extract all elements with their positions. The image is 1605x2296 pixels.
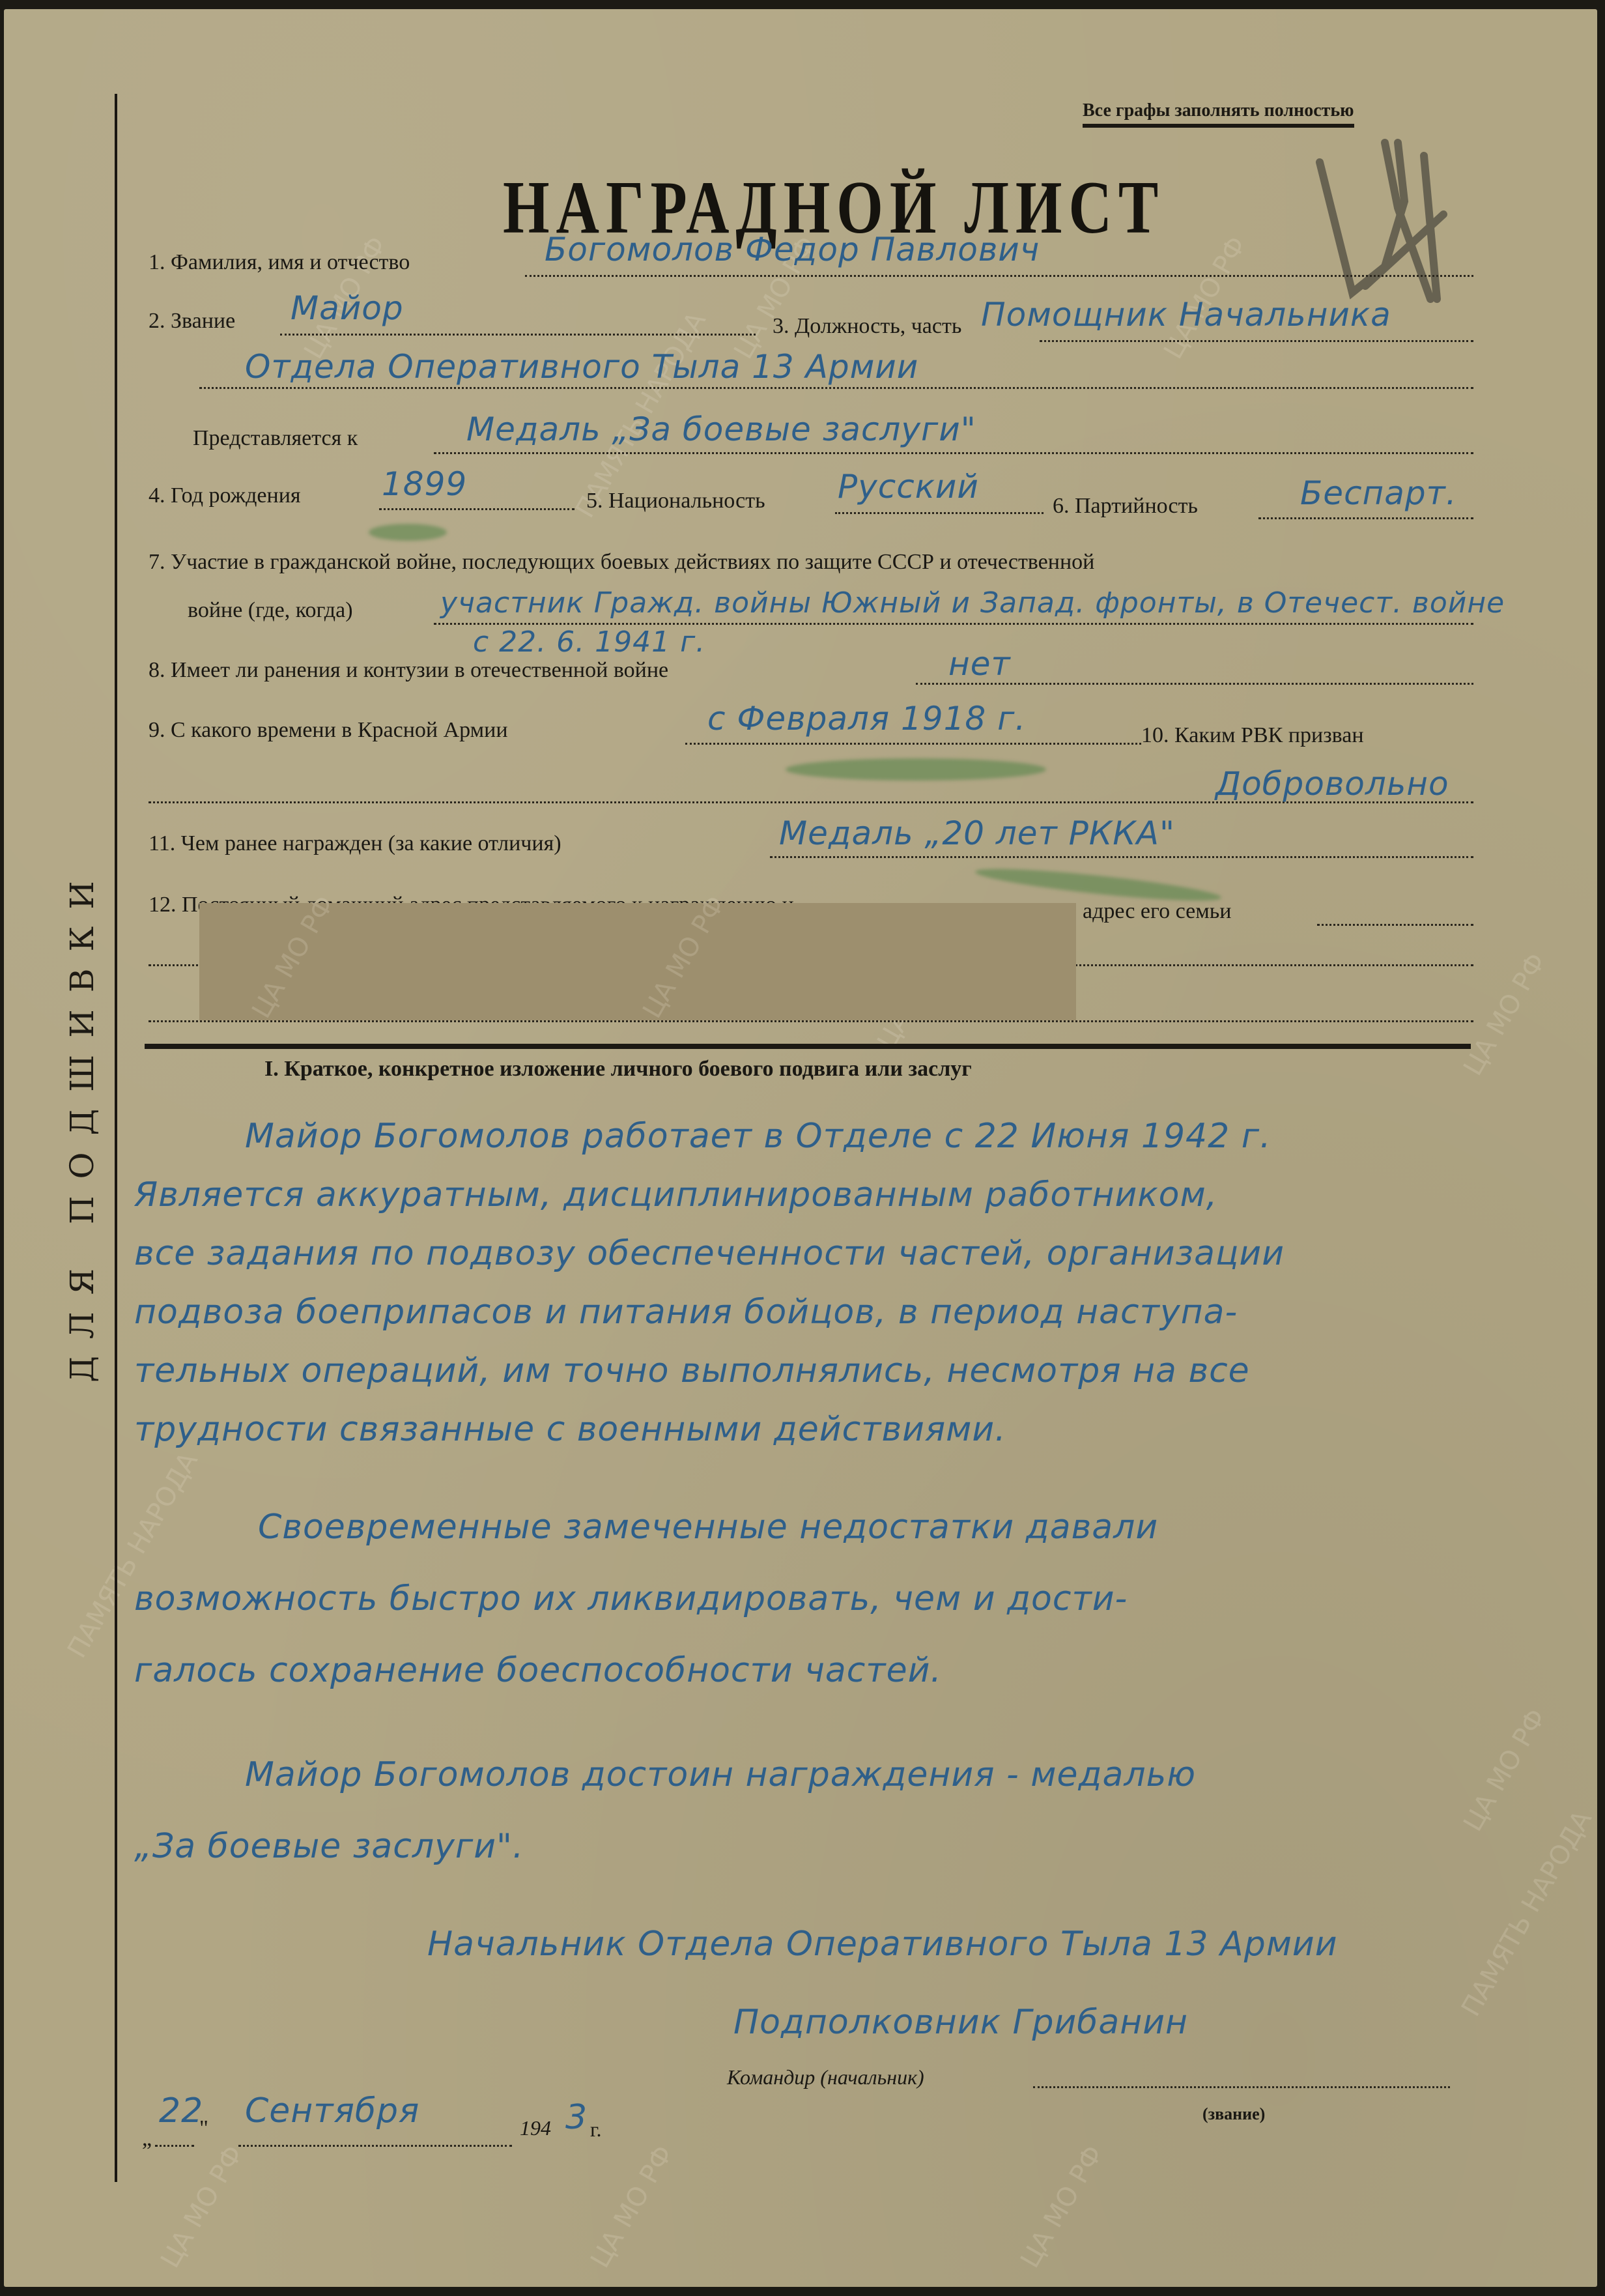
- field-position-line: [1040, 340, 1473, 342]
- narrative-line: Является аккуратным, дисциплинированным …: [134, 1175, 1217, 1214]
- field-wounds-line: [916, 683, 1473, 685]
- date-quote-close: ": [199, 2116, 208, 2141]
- narrative-line: Майор Богомолов достоин награждения - ме…: [245, 1755, 1196, 1794]
- field-party-value: Беспарт.: [1300, 474, 1457, 512]
- narrative-line: тельных операций, им точно выполнялись, …: [134, 1351, 1250, 1390]
- date-year-suffix: 3: [565, 2098, 588, 2137]
- green-pencil-underline: [786, 758, 1046, 781]
- field-army-since-label: 9. С какого времени в Красной Армии: [149, 718, 508, 743]
- section-divider: [145, 1044, 1471, 1049]
- field-prior-awards-value: Медаль „20 лет РККА": [779, 814, 1175, 852]
- nomination-line: [434, 452, 1473, 454]
- field-party-label: 6. Партийность: [1053, 494, 1198, 519]
- redacted-address-block: ЦА МО РФ ЦА МО РФ: [199, 903, 1076, 1020]
- field-address-line-3: [149, 1020, 1473, 1022]
- watermark: ЦА МО РФ: [585, 2140, 679, 2273]
- pencil-signature-mark: [1307, 136, 1470, 306]
- narrative-line: „За боевые заслуги".: [134, 1827, 524, 1866]
- date-day: 22: [159, 2091, 203, 2131]
- narrative-line: Своевременные замеченные недостатки дава…: [258, 1508, 1158, 1547]
- section1-heading: I. Краткое, конкретное изложение личного…: [264, 1057, 972, 1082]
- field-nationality-label: 5. Национальность: [586, 489, 765, 513]
- field-rank-value: Майор: [291, 289, 404, 327]
- signer-position: Начальник Отдела Оперативного Тыла 13 Ар…: [427, 1925, 1338, 1964]
- watermark: ЦА МО РФ: [155, 2140, 249, 2273]
- date-month-line: [238, 2145, 512, 2147]
- field-prior-awards-label: 11. Чем ранее награжден (за какие отличи…: [149, 831, 561, 856]
- narrative-line: подвоза боеприпасов и питания бойцов, в …: [134, 1293, 1238, 1332]
- field-war-participation-label: 7. Участие в гражданской войне, последую…: [149, 550, 1094, 575]
- watermark-pamyat: ПАМЯТЬ НАРОДА: [62, 1447, 204, 1663]
- field-position-line-2: [199, 387, 1473, 389]
- field-conscription-value: Добровольно: [1215, 765, 1449, 803]
- field-army-since-line: [685, 743, 1141, 745]
- field-address-line: [1317, 924, 1473, 926]
- field-army-since-value: с Февраля 1918 г.: [707, 700, 1026, 738]
- date-month: Сентября: [245, 2091, 419, 2131]
- narrative-line: все задания по подвозу обеспеченности ча…: [134, 1234, 1285, 1273]
- field-position-value-line2: Отдела Оперативного Тыла 13 Армии: [245, 348, 918, 386]
- field-position-value: Помощник Начальника: [981, 296, 1391, 334]
- field-wounds-label: 8. Имеет ли ранения и контузии в отечест…: [149, 658, 668, 683]
- field-nationality-line: [835, 512, 1044, 514]
- commander-line: [1033, 2086, 1450, 2088]
- field-birth-year-value: 1899: [382, 465, 467, 503]
- field-birth-year-line: [379, 508, 575, 510]
- commander-label: Командир (начальник): [727, 2065, 924, 2089]
- green-pencil-underline: [369, 524, 447, 541]
- field-rank-line: [280, 334, 756, 336]
- date-year-prefix: 194: [520, 2116, 551, 2140]
- rank-caption: (звание): [1202, 2104, 1265, 2124]
- watermark: ЦА МО РФ: [1015, 2140, 1109, 2273]
- field-conscription-label: 10. Каким РВК призван: [1141, 723, 1364, 748]
- nomination-value: Медаль „За боевые заслуги": [466, 410, 976, 448]
- field-war-participation-label-2: войне (где, когда): [188, 598, 353, 623]
- narrative-line: галось сохранение боеспособности частей.: [134, 1651, 942, 1690]
- field-address-label-end: адрес его семьи: [1083, 899, 1231, 924]
- signer-rank-name: Подполковник Грибанин: [733, 2003, 1188, 2042]
- date-year-g: г.: [590, 2117, 602, 2142]
- fill-all-fields-note: Все графы заполнять полностью: [1083, 100, 1354, 128]
- nomination-label: Представляется к: [193, 426, 358, 451]
- award-sheet: ЦА МО РФ ЦА МО РФ ЦА МО РФ ЦА МО РФ ЦА М…: [4, 9, 1597, 2287]
- narrative-line: трудности связанные с военными действиям…: [134, 1410, 1006, 1449]
- date-day-line: [155, 2145, 194, 2147]
- field-full-name-label: 1. Фамилия, имя и отчество: [149, 250, 410, 275]
- narrative-line: возможность быстро их ликвидировать, чем…: [134, 1579, 1128, 1618]
- date-quote-open: „: [142, 2127, 152, 2151]
- narrative-line: Майор Богомолов работает в Отделе с 22 И…: [245, 1117, 1271, 1156]
- field-birth-year-label: 4. Год рождения: [149, 483, 301, 508]
- field-prior-awards-line: [770, 856, 1473, 858]
- field-full-name-line: [525, 275, 1473, 277]
- watermark: ЦА МО РФ: [1458, 948, 1552, 1080]
- field-nationality-value: Русский: [838, 468, 979, 506]
- field-party-line: [1258, 517, 1473, 519]
- field-full-name-value: Богомолов Федор Павлович: [545, 231, 1040, 268]
- field-rank-label: 2. Звание: [149, 309, 235, 334]
- field-war-participation-line: [434, 623, 1473, 625]
- binding-label: ДЛЯ ПОДШИВКИ: [43, 817, 121, 1429]
- watermark-pamyat: ПАМЯТЬ НАРОДА: [1456, 1805, 1598, 2021]
- field-war-participation-value-2: с 22. 6. 1941 г.: [473, 625, 705, 659]
- field-war-participation-value: участник Гражд. войны Южный и Запад. фро…: [440, 586, 1505, 620]
- watermark: ЦА МО РФ: [1458, 1704, 1552, 1836]
- field-position-label: 3. Должность, часть: [773, 314, 961, 339]
- field-wounds-value: нет: [948, 645, 1011, 683]
